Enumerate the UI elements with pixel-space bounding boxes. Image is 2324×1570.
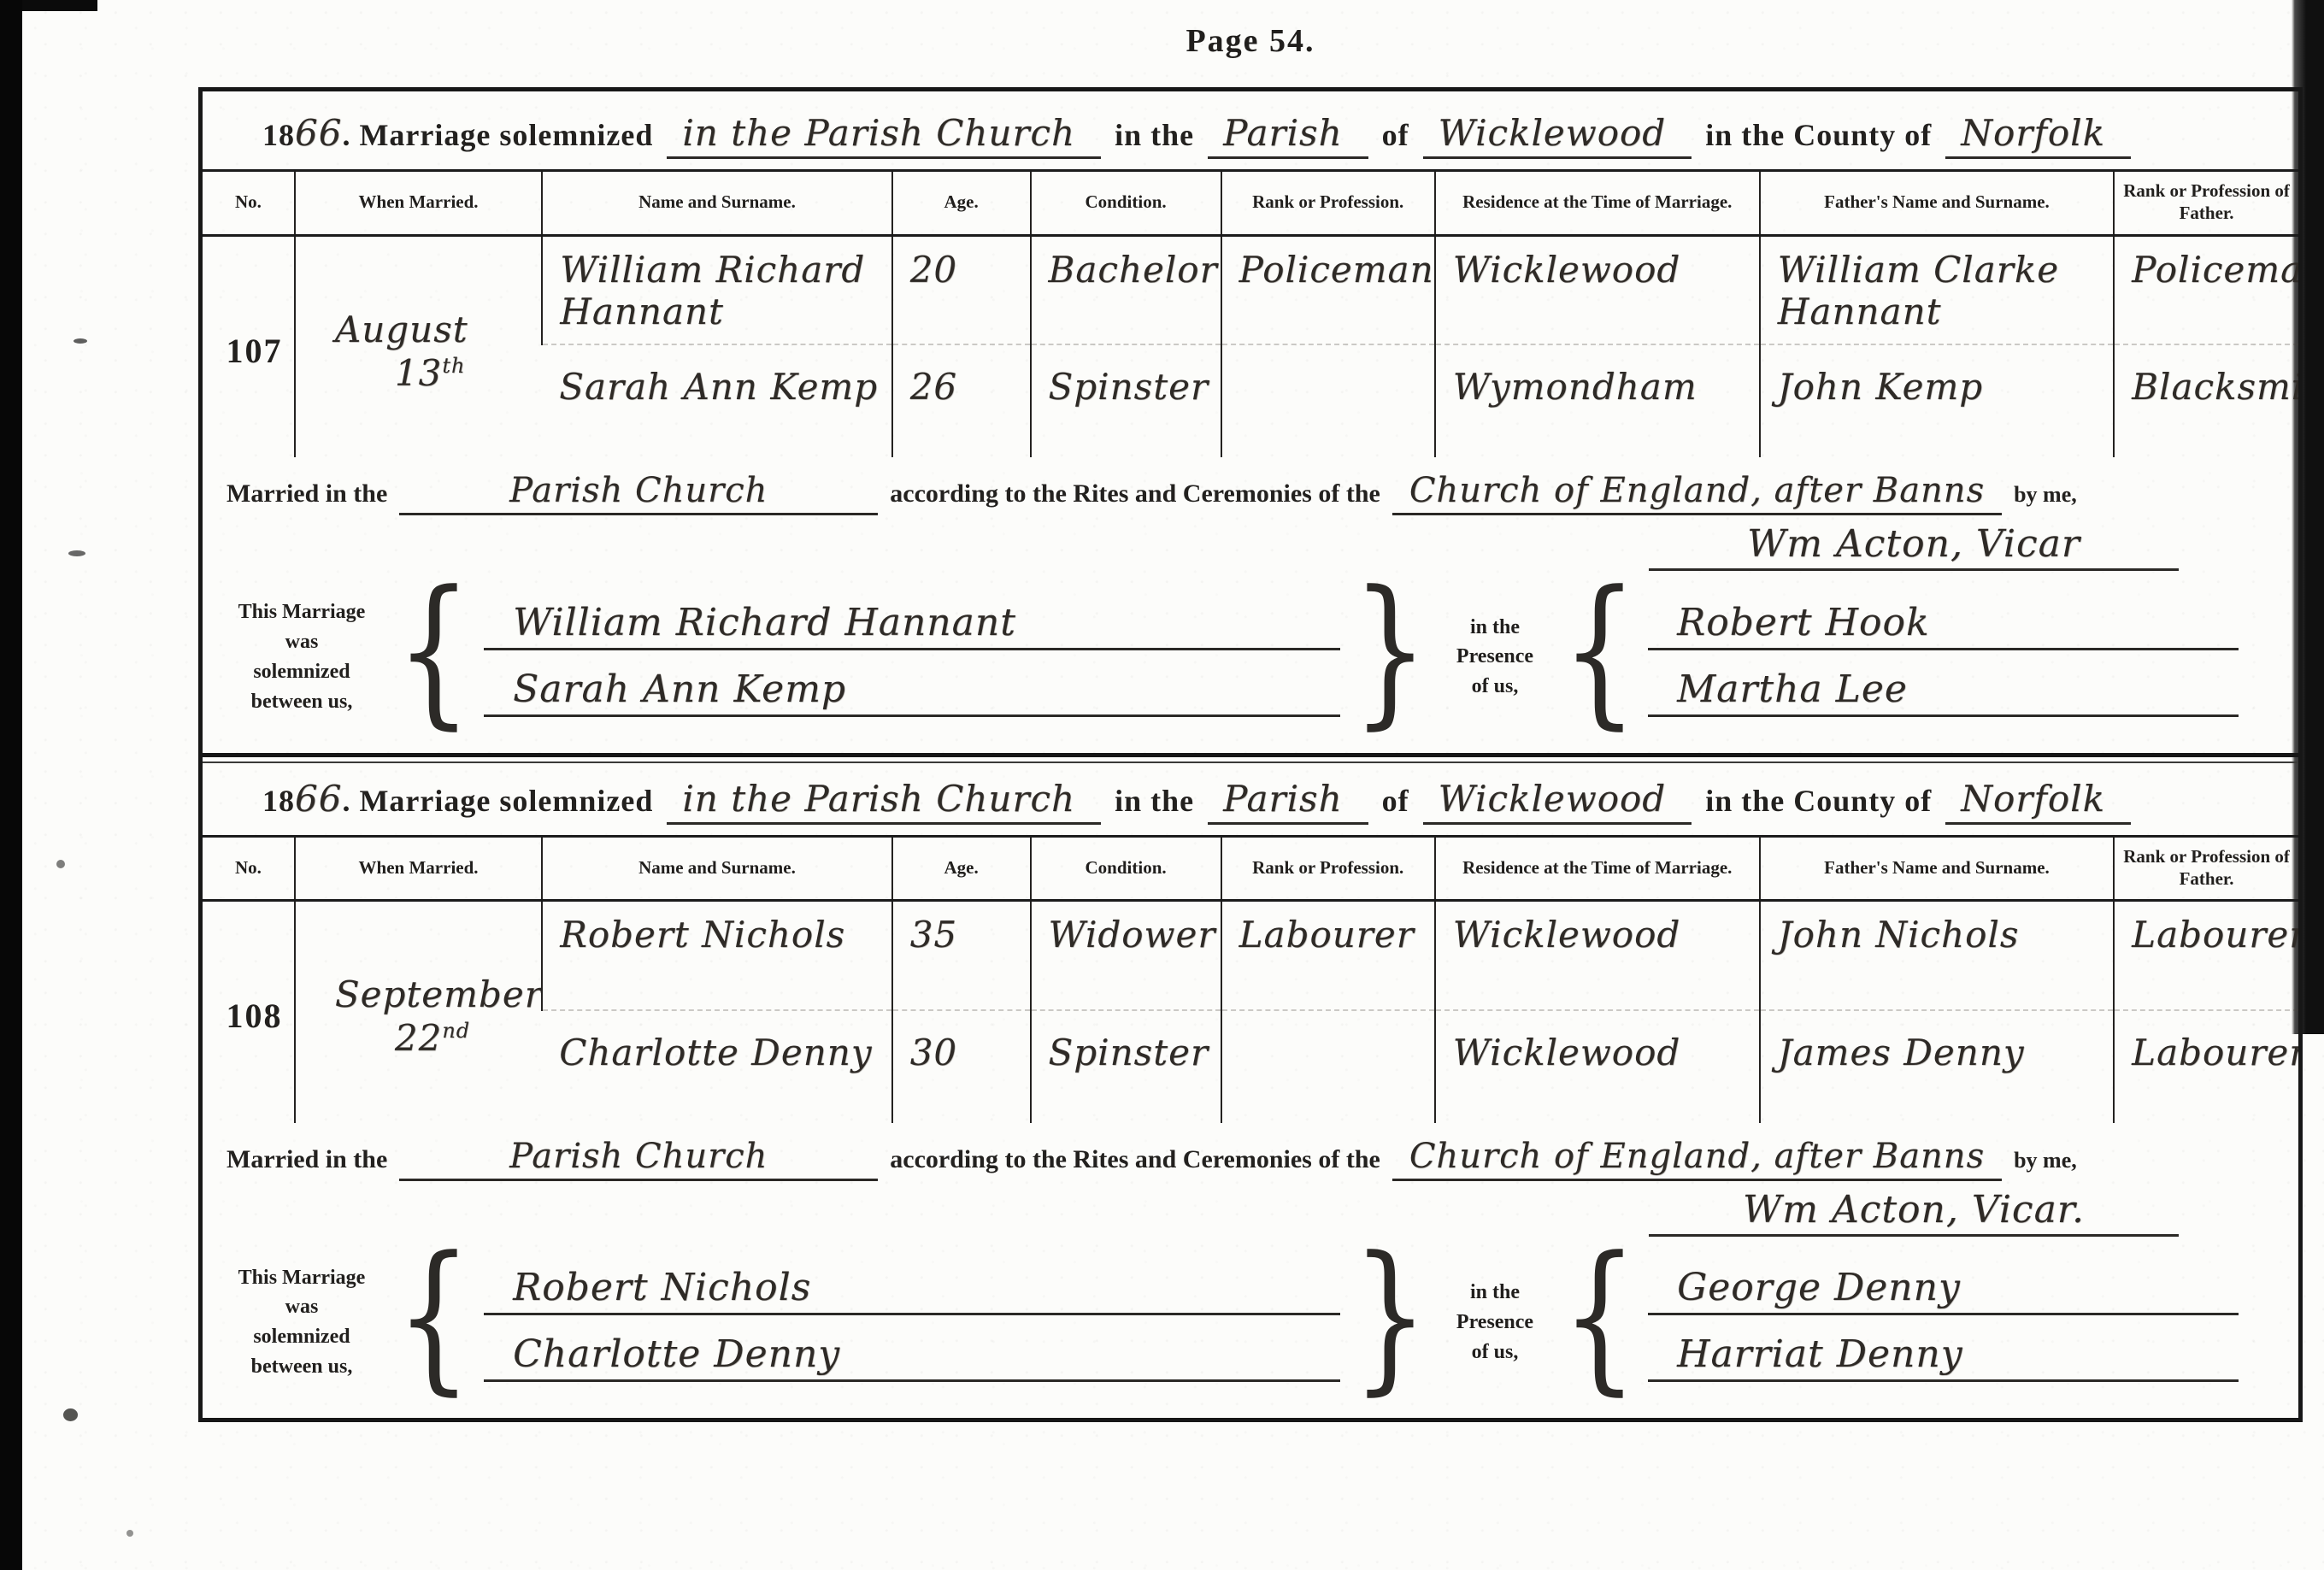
brace-open: {: [1562, 1248, 1638, 1397]
col-header-when-married: When Married.: [295, 171, 542, 236]
bride-rank: [1221, 344, 1435, 457]
married-in-label: Married in the: [227, 1145, 387, 1174]
wedding-day-number: 13: [395, 352, 442, 394]
married-in-line: Married in the Parish Church according t…: [203, 457, 2298, 520]
officiant-signature: Wm Acton, Vicar: [1649, 522, 2179, 571]
this-marriage-label: This Marriage was solemnized between us,: [211, 1263, 392, 1382]
wedding-day-number: 22: [395, 1017, 442, 1059]
officiant-signature: Wm Acton, Vicar.: [1649, 1188, 2179, 1237]
label-line: between us,: [211, 687, 392, 717]
bride-rank: [1221, 1010, 1435, 1123]
wedding-day: 22nd: [395, 1017, 536, 1059]
bride-father-name: John Kemp: [1760, 344, 2114, 457]
label-line: This Marriage: [211, 597, 392, 627]
label-line: in the: [1432, 613, 1558, 643]
col-header-name: Name and Surname.: [542, 836, 891, 901]
register-table: No. When Married. Name and Surname. Age.…: [203, 169, 2298, 457]
rites-handwritten: Church of England, after Banns: [1392, 471, 2002, 515]
groom-rank: Labourer: [1221, 901, 1435, 1010]
groom-row: 108 September 22nd Robert Nichols 35 Wid…: [203, 901, 2298, 1010]
couple-signatures: William Richard Hannant Sarah Ann Kemp: [475, 597, 1349, 717]
bride-age: 26: [892, 344, 1031, 457]
scan-speck: [68, 550, 85, 556]
bride-residence: Wymondham: [1435, 344, 1760, 457]
brace-close: }: [1352, 1248, 1428, 1397]
title-county-of: in the County of: [1705, 783, 1932, 819]
rites-label: according to the Rites and Ceremonies of…: [890, 479, 1380, 509]
marriage-record-108: 1866. Marriage solemnized in the Parish …: [203, 753, 2298, 1419]
register-table: No. When Married. Name and Surname. Age.…: [203, 835, 2298, 1123]
bride-father-rank: Labourer: [2114, 1010, 2298, 1123]
year-printed: 18: [262, 118, 295, 152]
header-row: No. When Married. Name and Surname. Age.…: [203, 836, 2298, 901]
col-header-condition: Condition.: [1031, 171, 1221, 236]
groom-father-name: William Clarke Hannant: [1760, 235, 2114, 344]
groom-signature: William Richard Hannant: [484, 597, 1340, 650]
groom-age: 20: [892, 235, 1031, 344]
marriage-record-107: 1866. Marriage solemnized in the Parish …: [203, 91, 2298, 753]
col-header-age: Age.: [892, 836, 1031, 901]
label-line: was: [211, 1292, 392, 1322]
title-in-the: in the: [1115, 783, 1194, 819]
officiant-signature-row: Wm Acton, Vicar: [203, 520, 2298, 584]
groom-father-rank: Policeman: [2114, 235, 2298, 344]
year-handwritten: 66: [295, 778, 342, 820]
groom-father-rank: Labourer: [2114, 901, 2298, 1010]
bride-name: Sarah Ann Kemp: [542, 344, 891, 457]
scan-speck: [74, 338, 87, 344]
county-name: Norfolk: [1945, 112, 2131, 159]
entry-number: 107: [226, 332, 282, 370]
groom-age: 35: [892, 901, 1031, 1010]
col-header-father-rank: Rank or Profession of Father.: [2114, 836, 2298, 901]
bride-condition: Spinster: [1031, 344, 1221, 457]
rites-handwritten: Church of England, after Banns: [1392, 1137, 2002, 1181]
label-line: Presence: [1432, 1308, 1558, 1338]
marriage-register-form: 1866. Marriage solemnized in the Parish …: [198, 87, 2303, 1422]
groom-name: Robert Nichols: [542, 901, 891, 1010]
year-printed: 18: [262, 784, 295, 818]
entry-number: 108: [226, 997, 282, 1035]
witness-signature: Harriat Denny: [1648, 1329, 2239, 1382]
col-header-no: No.: [203, 836, 295, 901]
title-of: of: [1382, 117, 1409, 153]
label-line: This Marriage: [211, 1263, 392, 1293]
col-header-father-name: Father's Name and Surname.: [1760, 836, 2114, 901]
witness-signatures: Robert Hook Martha Lee: [1641, 597, 2286, 717]
bride-signature: Charlotte Denny: [484, 1329, 1340, 1382]
bride-father-rank: Blacksmith: [2114, 344, 2298, 457]
witness-signature: Robert Hook: [1648, 597, 2239, 650]
witness-signature: George Denny: [1648, 1262, 2239, 1315]
groom-residence: Wicklewood: [1435, 235, 1760, 344]
married-in-label: Married in the: [227, 479, 387, 509]
parish-name: Wicklewood: [1423, 778, 1692, 825]
brace-open: {: [396, 1248, 472, 1397]
record-title: 1866. Marriage solemnized in the Parish …: [203, 757, 2298, 835]
groom-signature: Robert Nichols: [484, 1262, 1340, 1315]
label-line: of us,: [1432, 1338, 1558, 1367]
title-county-of: in the County of: [1705, 117, 1932, 153]
brace-open: {: [396, 583, 472, 732]
wedding-day-suffix: nd: [442, 1019, 470, 1043]
label-line: solemnized: [211, 657, 392, 687]
page-number-heading: Page 54.: [198, 22, 2303, 60]
parish-name: Wicklewood: [1423, 112, 1692, 159]
rites-label: according to the Rites and Ceremonies of…: [890, 1145, 1380, 1174]
scan-left-edge: [0, 0, 22, 1570]
col-header-when-married: When Married.: [295, 836, 542, 901]
presence-label: in the Presence of us,: [1432, 1278, 1558, 1367]
when-married-cell: September 22nd: [295, 901, 542, 1123]
label-line: Presence: [1432, 642, 1558, 672]
entry-number-cell: 108: [203, 901, 295, 1123]
record-title: 1866. Marriage solemnized in the Parish …: [203, 91, 2298, 169]
witness-signatures: George Denny Harriat Denny: [1641, 1262, 2286, 1382]
brace-open: {: [1562, 583, 1638, 732]
presence-label: in the Presence of us,: [1432, 613, 1558, 702]
scanned-register-page: Page 54. 1866. Marriage solemnized in th…: [0, 0, 2324, 1570]
title-text: . Marriage solemnized: [342, 118, 653, 152]
county-name: Norfolk: [1945, 778, 2131, 825]
year-handwritten: 66: [295, 112, 342, 154]
label-line: was: [211, 627, 392, 657]
groom-father-name: John Nichols: [1760, 901, 2114, 1010]
col-header-no: No.: [203, 171, 295, 236]
parish-word: Parish: [1208, 112, 1368, 159]
married-in-line: Married in the Parish Church according t…: [203, 1123, 2298, 1186]
signatures-block: This Marriage was solemnized between us,…: [203, 584, 2298, 753]
col-header-name: Name and Surname.: [542, 171, 891, 236]
groom-row: 107 August 13th William Richard Hannant …: [203, 235, 2298, 344]
col-header-age: Age.: [892, 171, 1031, 236]
groom-name: William Richard Hannant: [542, 235, 891, 344]
witness-signature: Martha Lee: [1648, 664, 2239, 717]
title-in-the: in the: [1115, 117, 1194, 153]
bride-residence: Wicklewood: [1435, 1010, 1760, 1123]
col-header-father-name: Father's Name and Surname.: [1760, 171, 2114, 236]
bride-condition: Spinster: [1031, 1010, 1221, 1123]
scan-speck: [126, 1530, 133, 1537]
brace-close: }: [1352, 583, 1428, 732]
label-line: in the: [1432, 1278, 1558, 1308]
scan-speck: [56, 860, 65, 868]
col-header-father-rank: Rank or Profession of Father.: [2114, 171, 2298, 236]
parish-word: Parish: [1208, 778, 1368, 825]
bride-age: 30: [892, 1010, 1031, 1123]
groom-condition: Bachelor: [1031, 235, 1221, 344]
col-header-condition: Condition.: [1031, 836, 1221, 901]
signatures-block: This Marriage was solemnized between us,…: [203, 1250, 2298, 1419]
groom-rank: Policeman: [1221, 235, 1435, 344]
bride-signature: Sarah Ann Kemp: [484, 664, 1340, 717]
col-header-residence: Residence at the Time of Marriage.: [1435, 836, 1760, 901]
col-header-rank: Rank or Profession.: [1221, 836, 1435, 901]
wedding-day-suffix: th: [442, 354, 465, 378]
bride-father-name: James Denny: [1760, 1010, 2114, 1123]
solemnized-place: in the Parish Church: [667, 112, 1101, 159]
scan-speck: [63, 1408, 78, 1421]
wedding-month: September: [335, 973, 536, 1015]
header-row: No. When Married. Name and Surname. Age.…: [203, 171, 2298, 236]
title-text: . Marriage solemnized: [342, 784, 653, 818]
married-in-place: Parish Church: [399, 471, 878, 515]
couple-signatures: Robert Nichols Charlotte Denny: [475, 1262, 1349, 1382]
when-married-cell: August 13th: [295, 235, 542, 457]
by-me-label: by me,: [2014, 482, 2077, 508]
by-me-label: by me,: [2014, 1148, 2077, 1173]
bride-name: Charlotte Denny: [542, 1010, 891, 1123]
col-header-residence: Residence at the Time of Marriage.: [1435, 171, 1760, 236]
label-line: between us,: [211, 1352, 392, 1382]
groom-residence: Wicklewood: [1435, 901, 1760, 1010]
officiant-signature-row: Wm Acton, Vicar.: [203, 1186, 2298, 1250]
wedding-month: August: [335, 309, 536, 350]
entry-number-cell: 107: [203, 235, 295, 457]
wedding-day: 13th: [395, 352, 536, 394]
married-in-place: Parish Church: [399, 1137, 878, 1181]
this-marriage-label: This Marriage was solemnized between us,: [211, 597, 392, 716]
scan-corner-mark: [22, 0, 97, 11]
title-of: of: [1382, 783, 1409, 819]
solemnized-place: in the Parish Church: [667, 778, 1101, 825]
label-line: of us,: [1432, 672, 1558, 702]
label-line: solemnized: [211, 1322, 392, 1352]
col-header-rank: Rank or Profession.: [1221, 171, 1435, 236]
groom-condition: Widower: [1031, 901, 1221, 1010]
